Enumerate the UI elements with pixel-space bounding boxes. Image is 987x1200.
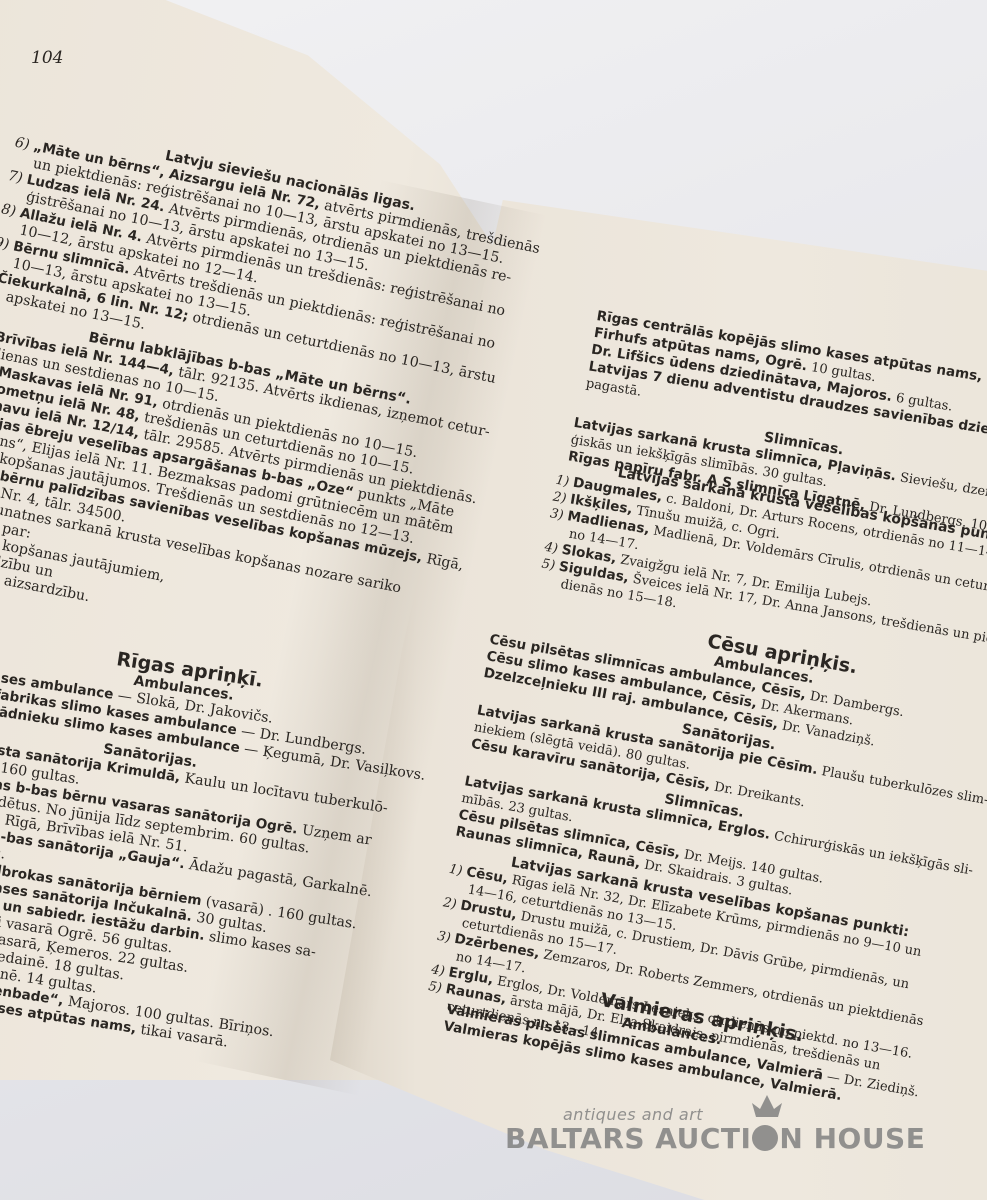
- item-number: 8): [0, 201, 17, 220]
- watermark-brand-part2: N HOUSE: [779, 1122, 925, 1155]
- item-number: 2): [442, 895, 458, 912]
- item-number: 1): [448, 862, 464, 879]
- auction-house-watermark: antiques and art BALTARS AUCTIN HOUSE: [505, 1105, 925, 1155]
- left-section-riga-district: Rīgas apriņķī. Ambulances. kases ambulan…: [0, 628, 437, 1075]
- crown-icon: [750, 1093, 784, 1129]
- watermark-brand: BALTARS AUCTIN HOUSE: [505, 1122, 925, 1155]
- item-number: 9): [0, 235, 11, 254]
- item-number: 7): [7, 168, 24, 187]
- watermark-brand-part1: BALTARS AUCTI: [505, 1122, 751, 1155]
- item-number: 3): [436, 929, 452, 946]
- page-number: 104: [31, 48, 63, 68]
- item-number: 1): [555, 473, 571, 490]
- item-number: 4): [430, 962, 446, 979]
- item-number: 5): [427, 979, 443, 996]
- item-number: 2): [552, 490, 568, 507]
- item-number: 5): [541, 557, 557, 574]
- item-number: 6): [13, 135, 30, 154]
- item-number: 3): [549, 506, 565, 523]
- item-number: 4): [543, 540, 559, 557]
